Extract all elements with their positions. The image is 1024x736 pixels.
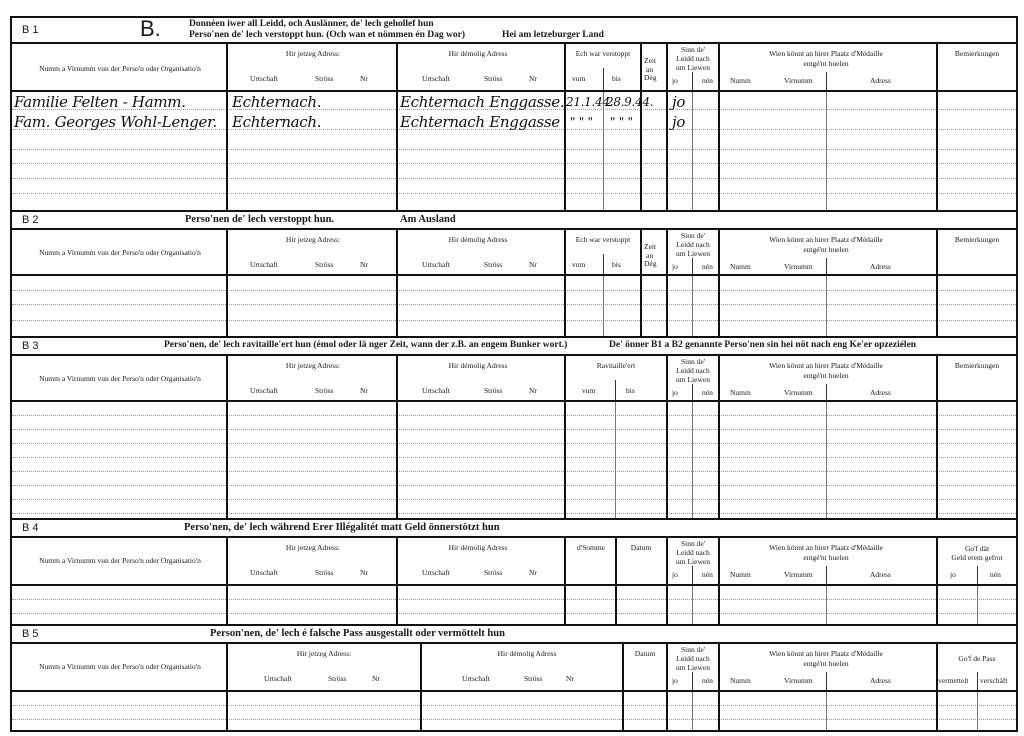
header-alive-1: Sinn de' [668, 539, 718, 548]
header-medal-1: Wien könnt an hirer Plaatz d'Médaille [720, 361, 932, 370]
header-procured: verschäft [980, 676, 1007, 685]
header-yes: jo [672, 262, 678, 271]
header-street: Ströss [484, 386, 502, 395]
header-money-returned-1: Go'f dät [938, 544, 1016, 553]
header-medal-name: Numm [730, 262, 751, 271]
entry-2-current-place: Echternach. [232, 113, 321, 131]
section-title-line1: Donnéen iwer all Leidd, och Auslänner, d… [189, 19, 434, 29]
header-alive-3: um Liewen [668, 63, 718, 72]
b2-entry-rows [12, 276, 1016, 336]
header-alive-2: Leidd nach [668, 54, 718, 63]
header-alive-3: um Liewen [668, 557, 718, 566]
section-code: B 2 [22, 214, 39, 226]
header-former-address: Hir démolig Adress [422, 649, 632, 658]
entry-2-to: " " " [610, 115, 633, 129]
header-current-address: Hir jetzeg Adress: [228, 649, 420, 658]
header-medal-name: Numm [730, 388, 751, 397]
header-place: Urtschaft [422, 74, 450, 83]
header-pass: Go'f de Pass [938, 654, 1016, 663]
header-to: bis [612, 260, 621, 269]
header-alive-1: Sinn de' [668, 45, 718, 54]
header-hidden: Ech war verstoppt [566, 235, 640, 244]
header-medal-name: Numm [730, 76, 751, 85]
header-nr: Nr [529, 260, 537, 269]
header-medal-firstname: Virnumm [784, 570, 813, 579]
table-header: Numm a Virnumm vun der Perso'n oder Orga… [12, 538, 1016, 586]
header-date: Datum [624, 649, 666, 658]
header-nr: Nr [360, 386, 368, 395]
header-from: vum [582, 386, 595, 395]
header-nr: Nr [360, 568, 368, 577]
header-from: vum [572, 260, 585, 269]
header-yes: jo [672, 388, 678, 397]
entry-2-from: " " " [570, 115, 593, 129]
entry-2-alive: jo [672, 113, 685, 131]
header-medal-2: entgé'nt huelen [720, 245, 932, 254]
entry-1-to: 28.9.44. [606, 95, 653, 109]
section-title: Perso'nen de' lech verstoppt hun. [185, 214, 334, 225]
table-header: Numm a Virnumm vun der Perso'n oder Orga… [12, 230, 1016, 276]
table-header: Numm a Virnumm vun der Perso'n oder Orga… [12, 644, 1016, 692]
header-alive-3: um Liewen [668, 663, 718, 672]
header-alive-2: Leidd nach [668, 366, 718, 375]
section-title-suffix: De' önner B1 a B2 genannte Perso'nen sin… [609, 340, 916, 350]
header-street: Ströss [484, 568, 502, 577]
form-sheet: B 1 B. Donnéen iwer all Leidd, och Auslä… [10, 16, 1018, 732]
header-yes: jo [672, 676, 678, 685]
header-to: bis [612, 74, 621, 83]
header-street: Ströss [328, 674, 346, 683]
header-place: Urtschaft [250, 74, 278, 83]
header-medal-address: Adress [870, 262, 891, 271]
section-title-row: B 4 Perso'nen, de' lech während Erer Ill… [12, 518, 1016, 538]
header-place: Urtschaft [250, 386, 278, 395]
header-alive-3: um Liewen [668, 249, 718, 258]
header-alive-3: um Liewen [668, 375, 718, 384]
section-title: Person'nen, de' lech é falsche Pass ausg… [210, 628, 505, 639]
header-medal-name: Numm [730, 570, 751, 579]
header-from: vum [572, 74, 585, 83]
header-name: Numm a Virnumm vun der Perso'n oder Orga… [20, 248, 220, 257]
header-supplied: Ravitaille'ert [566, 361, 666, 370]
header-money-returned-2: Geld erem gefrot [938, 553, 1016, 562]
header-alive-2: Leidd nach [668, 548, 718, 557]
header-street: Ströss [524, 674, 542, 683]
header-remarks: Bemierkungen [938, 235, 1016, 244]
header-hidden: Ech war verstoppt [566, 49, 640, 58]
header-street: Ströss [315, 568, 333, 577]
header-alive-1: Sinn de' [668, 357, 718, 366]
section-title-line2: Perso'nen de' lech verstoppt hun. (Och w… [189, 30, 465, 40]
table-header: Numm a Virnumm vun der Perso'n oder Orga… [12, 356, 1016, 402]
header-medal-1: Wien könnt an hirer Plaatz d'Médaille [720, 235, 932, 244]
header-nr: Nr [529, 386, 537, 395]
header-place: Urtschaft [264, 674, 292, 683]
header-alive-2: Leidd nach [668, 240, 718, 249]
section-title-suffix: Hei am letzeburger Land [502, 30, 604, 40]
header-days-3: Dég [644, 73, 657, 82]
header-street: Ströss [315, 260, 333, 269]
section-code: B 1 [22, 24, 39, 36]
section-title: Perso'nen, de' lech ravitaille'ert hun (… [164, 340, 567, 350]
entry-2-former-address: Echternach Enggasse [400, 113, 560, 131]
header-medal-1: Wien könnt an hirer Plaatz d'Médaille [720, 649, 932, 658]
header-name: Numm a Virnumm vun der Perso'n oder Orga… [20, 556, 220, 565]
header-alive-1: Sinn de' [668, 231, 718, 240]
header-place: Urtschaft [250, 260, 278, 269]
header-nr: Nr [566, 674, 574, 683]
header-medal-2: entgé'nt huelen [720, 553, 932, 562]
header-days-1: Zeit [644, 242, 656, 251]
header-medal-2: entgé'nt huelen [720, 659, 932, 668]
entry-1-former-address: Echternach Enggasse. [400, 93, 564, 111]
header-nr: Nr [529, 568, 537, 577]
header-street: Ströss [315, 386, 333, 395]
header-medal-2: entgé'nt huelen [720, 59, 932, 68]
header-days-1: Zeit [644, 56, 656, 65]
header-no: nén [702, 388, 713, 397]
header-no: nén [990, 570, 1001, 579]
header-current-address: Hir jetzeg Adress: [228, 49, 398, 58]
header-medal-firstname: Virnumm [784, 76, 813, 85]
section-title-suffix: Am Ausland [400, 214, 456, 225]
header-medal-1: Wien könnt an hirer Plaatz d'Médaille [720, 49, 932, 58]
header-medal-1: Wien könnt an hirer Plaatz d'Médaille [720, 543, 932, 552]
header-current-address: Hir jetzeg Adress: [228, 543, 398, 552]
header-medal-name: Numm [730, 676, 751, 685]
form-letter: B. [140, 16, 161, 42]
section-title-row: B 5 Person'nen, de' lech é falsche Pass … [12, 624, 1016, 644]
section-code: B 5 [22, 628, 39, 640]
header-no: nén [702, 570, 713, 579]
header-place: Urtschaft [422, 260, 450, 269]
section-code: B 3 [22, 340, 39, 352]
header-medal-firstname: Virnumm [784, 262, 813, 271]
header-street: Ströss [484, 74, 502, 83]
table-header: Numm a Virnumm vun der Perso'n oder Orga… [12, 44, 1016, 92]
header-place: Urtschaft [422, 568, 450, 577]
header-medal-address: Adress [870, 570, 891, 579]
section-title: Perso'nen, de' lech während Erer Illégal… [184, 522, 500, 533]
header-medal-firstname: Virnumm [784, 676, 813, 685]
b4-entry-rows [12, 586, 1016, 624]
header-sum: d'Somme [566, 543, 616, 552]
header-yes: jo [950, 570, 956, 579]
header-to: bis [626, 386, 635, 395]
header-name: Numm a Virnumm vun der Perso'n oder Orga… [20, 374, 220, 383]
header-current-address: Hir jetzeg Adress: [228, 235, 398, 244]
header-medal-address: Adress [870, 676, 891, 685]
header-nr: Nr [529, 74, 537, 83]
header-days-3: Dég [644, 259, 657, 268]
header-alive-2: Leidd nach [668, 654, 718, 663]
header-medal-2: entgé'nt huelen [720, 371, 932, 380]
header-yes: jo [672, 570, 678, 579]
b1-entry-rows: Familie Felten - Hamm. Echternach. Echte… [12, 92, 1016, 210]
header-medal-address: Adress [870, 388, 891, 397]
section-title-row: B 3 Perso'nen, de' lech ravitaille'ert h… [12, 336, 1016, 356]
entry-1-current-place: Echternach. [232, 93, 321, 111]
entry-2-name: Fam. Georges Wohl-Lenger. [14, 113, 217, 131]
entry-1-alive: jo [672, 93, 685, 111]
header-alive-1: Sinn de' [668, 645, 718, 654]
header-former-address: Hir démolig Adress [398, 361, 558, 370]
header-nr: Nr [360, 260, 368, 269]
header-yes: jo [672, 76, 678, 85]
section-title-row: B 2 Perso'nen de' lech verstoppt hun. Am… [12, 210, 1016, 230]
section-title-row: B 1 B. Donnéen iwer all Leidd, och Auslä… [12, 18, 1016, 44]
header-former-address: Hir démolig Adress [398, 49, 558, 58]
header-name: Numm a Virnumm vun der Perso'n oder Orga… [20, 64, 220, 73]
header-no: nén [702, 262, 713, 271]
header-current-address: Hir jetzeg Adress: [228, 361, 398, 370]
header-medal-firstname: Virnumm [784, 388, 813, 397]
header-former-address: Hir démolig Adress [398, 543, 558, 552]
header-medal-address: Adress [870, 76, 891, 85]
section-code: B 4 [22, 522, 39, 534]
header-no: nén [702, 76, 713, 85]
header-former-address: Hir démolig Adress [398, 235, 558, 244]
header-street: Ströss [315, 74, 333, 83]
header-remarks: Bemierkungen [938, 49, 1016, 58]
b3-entry-rows [12, 402, 1016, 518]
b5-entry-rows [12, 692, 1016, 730]
header-street: Ströss [484, 260, 502, 269]
header-nr: Nr [360, 74, 368, 83]
entry-1-name: Familie Felten - Hamm. [14, 93, 186, 111]
header-place: Urtschaft [462, 674, 490, 683]
header-remarks: Bemierkungen [938, 361, 1016, 370]
header-mediated: vermettelt [938, 676, 968, 685]
header-place: Urtschaft [250, 568, 278, 577]
header-nr: Nr [372, 674, 380, 683]
header-name: Numm a Virnumm vun der Perso'n oder Orga… [20, 662, 220, 671]
header-place: Urtschaft [422, 386, 450, 395]
header-no: nén [702, 676, 713, 685]
header-date: Datum [617, 543, 665, 552]
